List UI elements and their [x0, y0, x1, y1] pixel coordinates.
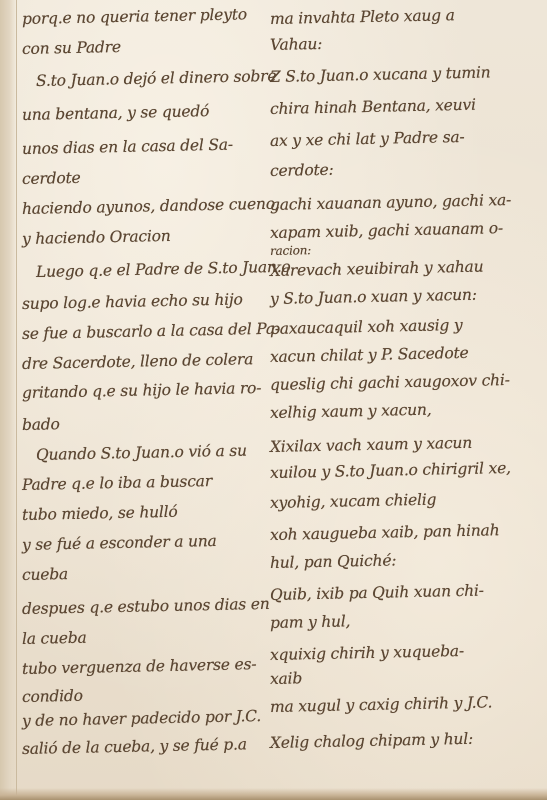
text-line: S.to Juan.o dejó el dinero sobre — [36, 67, 277, 90]
text-line: gachi xauanan ayuno, gachi xa- — [270, 191, 511, 214]
text-line: ax y xe chi lat y Padre sa- — [270, 128, 465, 150]
text-line: porq.e no queria tener pleyto — [22, 5, 247, 28]
text-line: xapam xuib, gachi xauanam o- — [270, 219, 503, 242]
text-line: chira hinah Bentana, xeuvi — [270, 96, 476, 118]
text-line: hul, pan Quiché: — [270, 551, 397, 572]
text-line: ma invahta Pleto xaug a — [270, 6, 455, 28]
text-line: paxaucaquil xoh xausig y — [270, 316, 463, 338]
text-line: racion: — [270, 243, 311, 258]
text-line: cerdote: — [270, 161, 334, 180]
text-line: se fue a buscarlo a la casa del Pa- — [22, 320, 280, 343]
text-line: tubo miedo, se hulló — [22, 503, 178, 524]
text-line: xuilou y S.to Juan.o chirigril xe, — [270, 459, 511, 482]
text-line: pam y hul, — [270, 612, 351, 632]
text-line: con su Padre — [22, 38, 121, 58]
text-line: despues q.e estubo unos dias en — [22, 595, 270, 618]
text-line: ma xugul y caxig chirih y J.C. — [270, 693, 493, 716]
text-line: haciendo ayunos, dandose cueno, — [22, 195, 280, 218]
text-line: Xelig chalog chipam y hul: — [270, 730, 473, 752]
text-line: Vahau: — [270, 35, 323, 54]
page-binding-edge — [0, 0, 17, 800]
text-line: tubo verguenza de haverse es- — [22, 655, 257, 678]
text-line: condido — [22, 687, 83, 706]
text-line: xelhig xaum y xacun, — [270, 401, 432, 422]
text-line: unos dias en la casa del Sa- — [22, 136, 233, 158]
text-line: y de no haver padecido por J.C. — [22, 707, 261, 730]
text-line: cueba — [22, 565, 68, 584]
text-line: Quib, ixib pa Quih xuan chi- — [270, 582, 484, 604]
text-line: Quando S.to Juan.o vió a su — [36, 442, 247, 464]
text-line: Luego q.e el Padre de S.to Juan.o — [36, 258, 291, 281]
text-line: xyohig, xucam chielig — [270, 491, 437, 512]
text-line: Xixilax vach xaum y xacun — [270, 434, 472, 456]
text-line: una bentana, y se quedó — [22, 102, 210, 124]
text-line: gritando q.e su hijo le havia ro- — [22, 379, 262, 402]
text-line: xacun chilat y P. Sacedote — [270, 344, 469, 366]
text-line: cerdote — [22, 169, 81, 188]
text-line: queslig chi gachi xaugoxov chi- — [270, 371, 510, 394]
text-line: supo log.e havia echo su hijo — [22, 290, 243, 313]
text-line: xquixig chirih y xuqueba- — [270, 642, 464, 664]
text-line: y se fué a esconder a una — [22, 532, 217, 554]
text-line: Padre q.e lo iba a buscar — [22, 472, 212, 494]
manuscript-page: porq.e no queria tener pleyto con su Pad… — [0, 0, 547, 800]
text-line: y haciendo Oracion — [22, 227, 171, 248]
text-line: salió de la cueba, y se fué p.a — [22, 735, 247, 758]
text-line: xoh xaugueba xaib, pan hinah — [270, 521, 500, 544]
text-line: la cueba — [22, 629, 87, 648]
text-line: Xarevach xeuibirah y xahau — [270, 258, 484, 280]
text-line: dre Sacerdote, lleno de colera — [22, 350, 254, 373]
text-line: xaib — [270, 669, 302, 688]
text-line: Z S.to Juan.o xucana y tumin — [270, 63, 491, 86]
text-line: y S.to Juan.o xuan y xacun: — [270, 286, 477, 308]
text-line: bado — [22, 415, 60, 434]
page-bottom-edge — [0, 788, 547, 800]
